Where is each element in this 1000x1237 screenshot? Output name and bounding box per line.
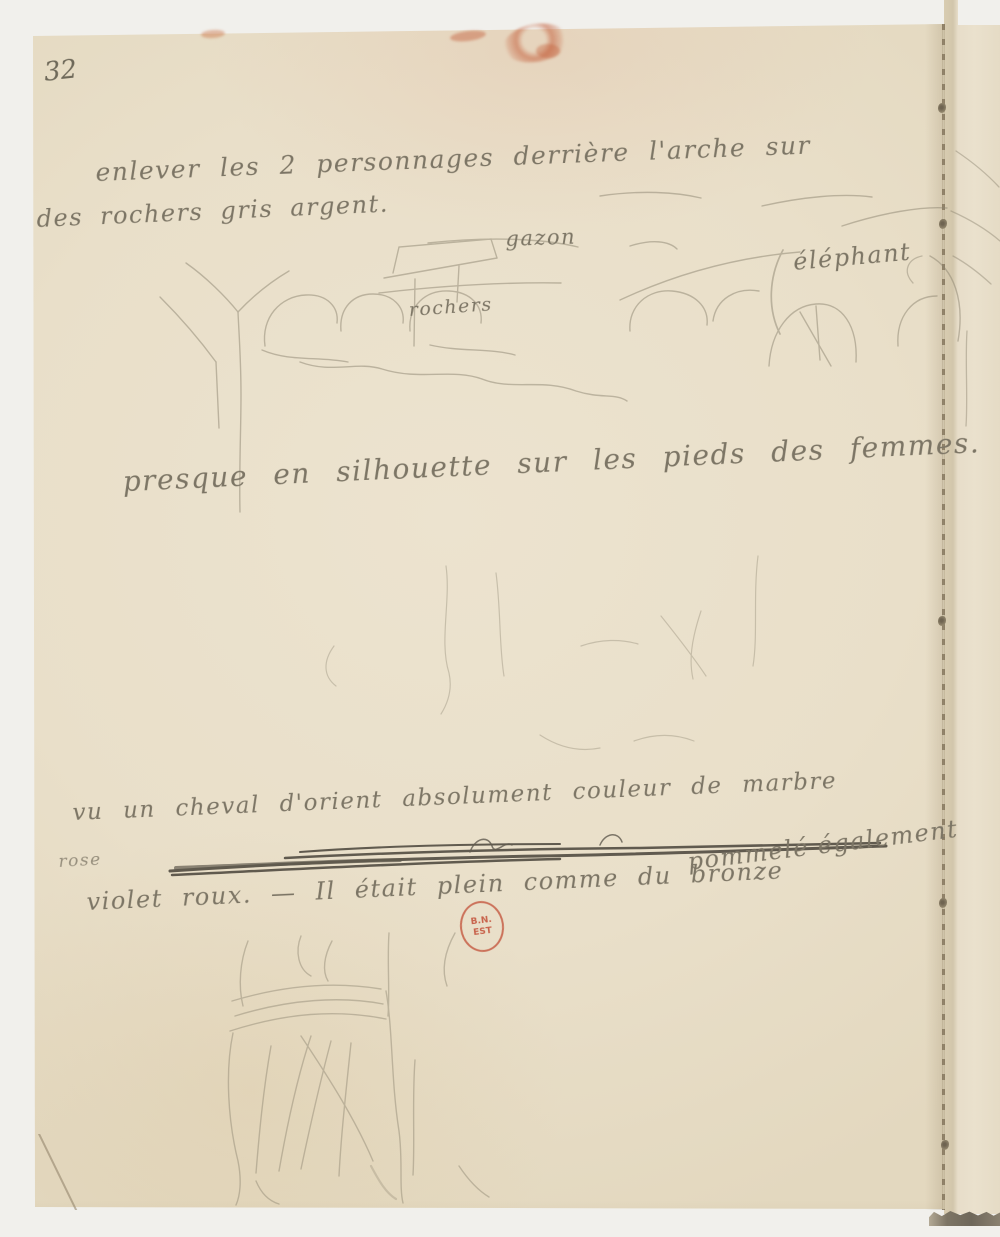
sketchbook-page-scan: 32 enlever les 2 personnages derrière l'… (0, 0, 1000, 1237)
stamp-line-2: EST (473, 925, 493, 938)
annotation-rose: rose (58, 850, 102, 872)
figure-sketch (228, 933, 489, 1205)
pencil-sketch-layer (0, 0, 1000, 1237)
adjacent-page-pencil-marks (907, 151, 1000, 426)
stray-pencil-marks (326, 556, 758, 749)
folio-number: 32 (43, 54, 79, 87)
annotation-gazon: gazon (505, 225, 576, 251)
